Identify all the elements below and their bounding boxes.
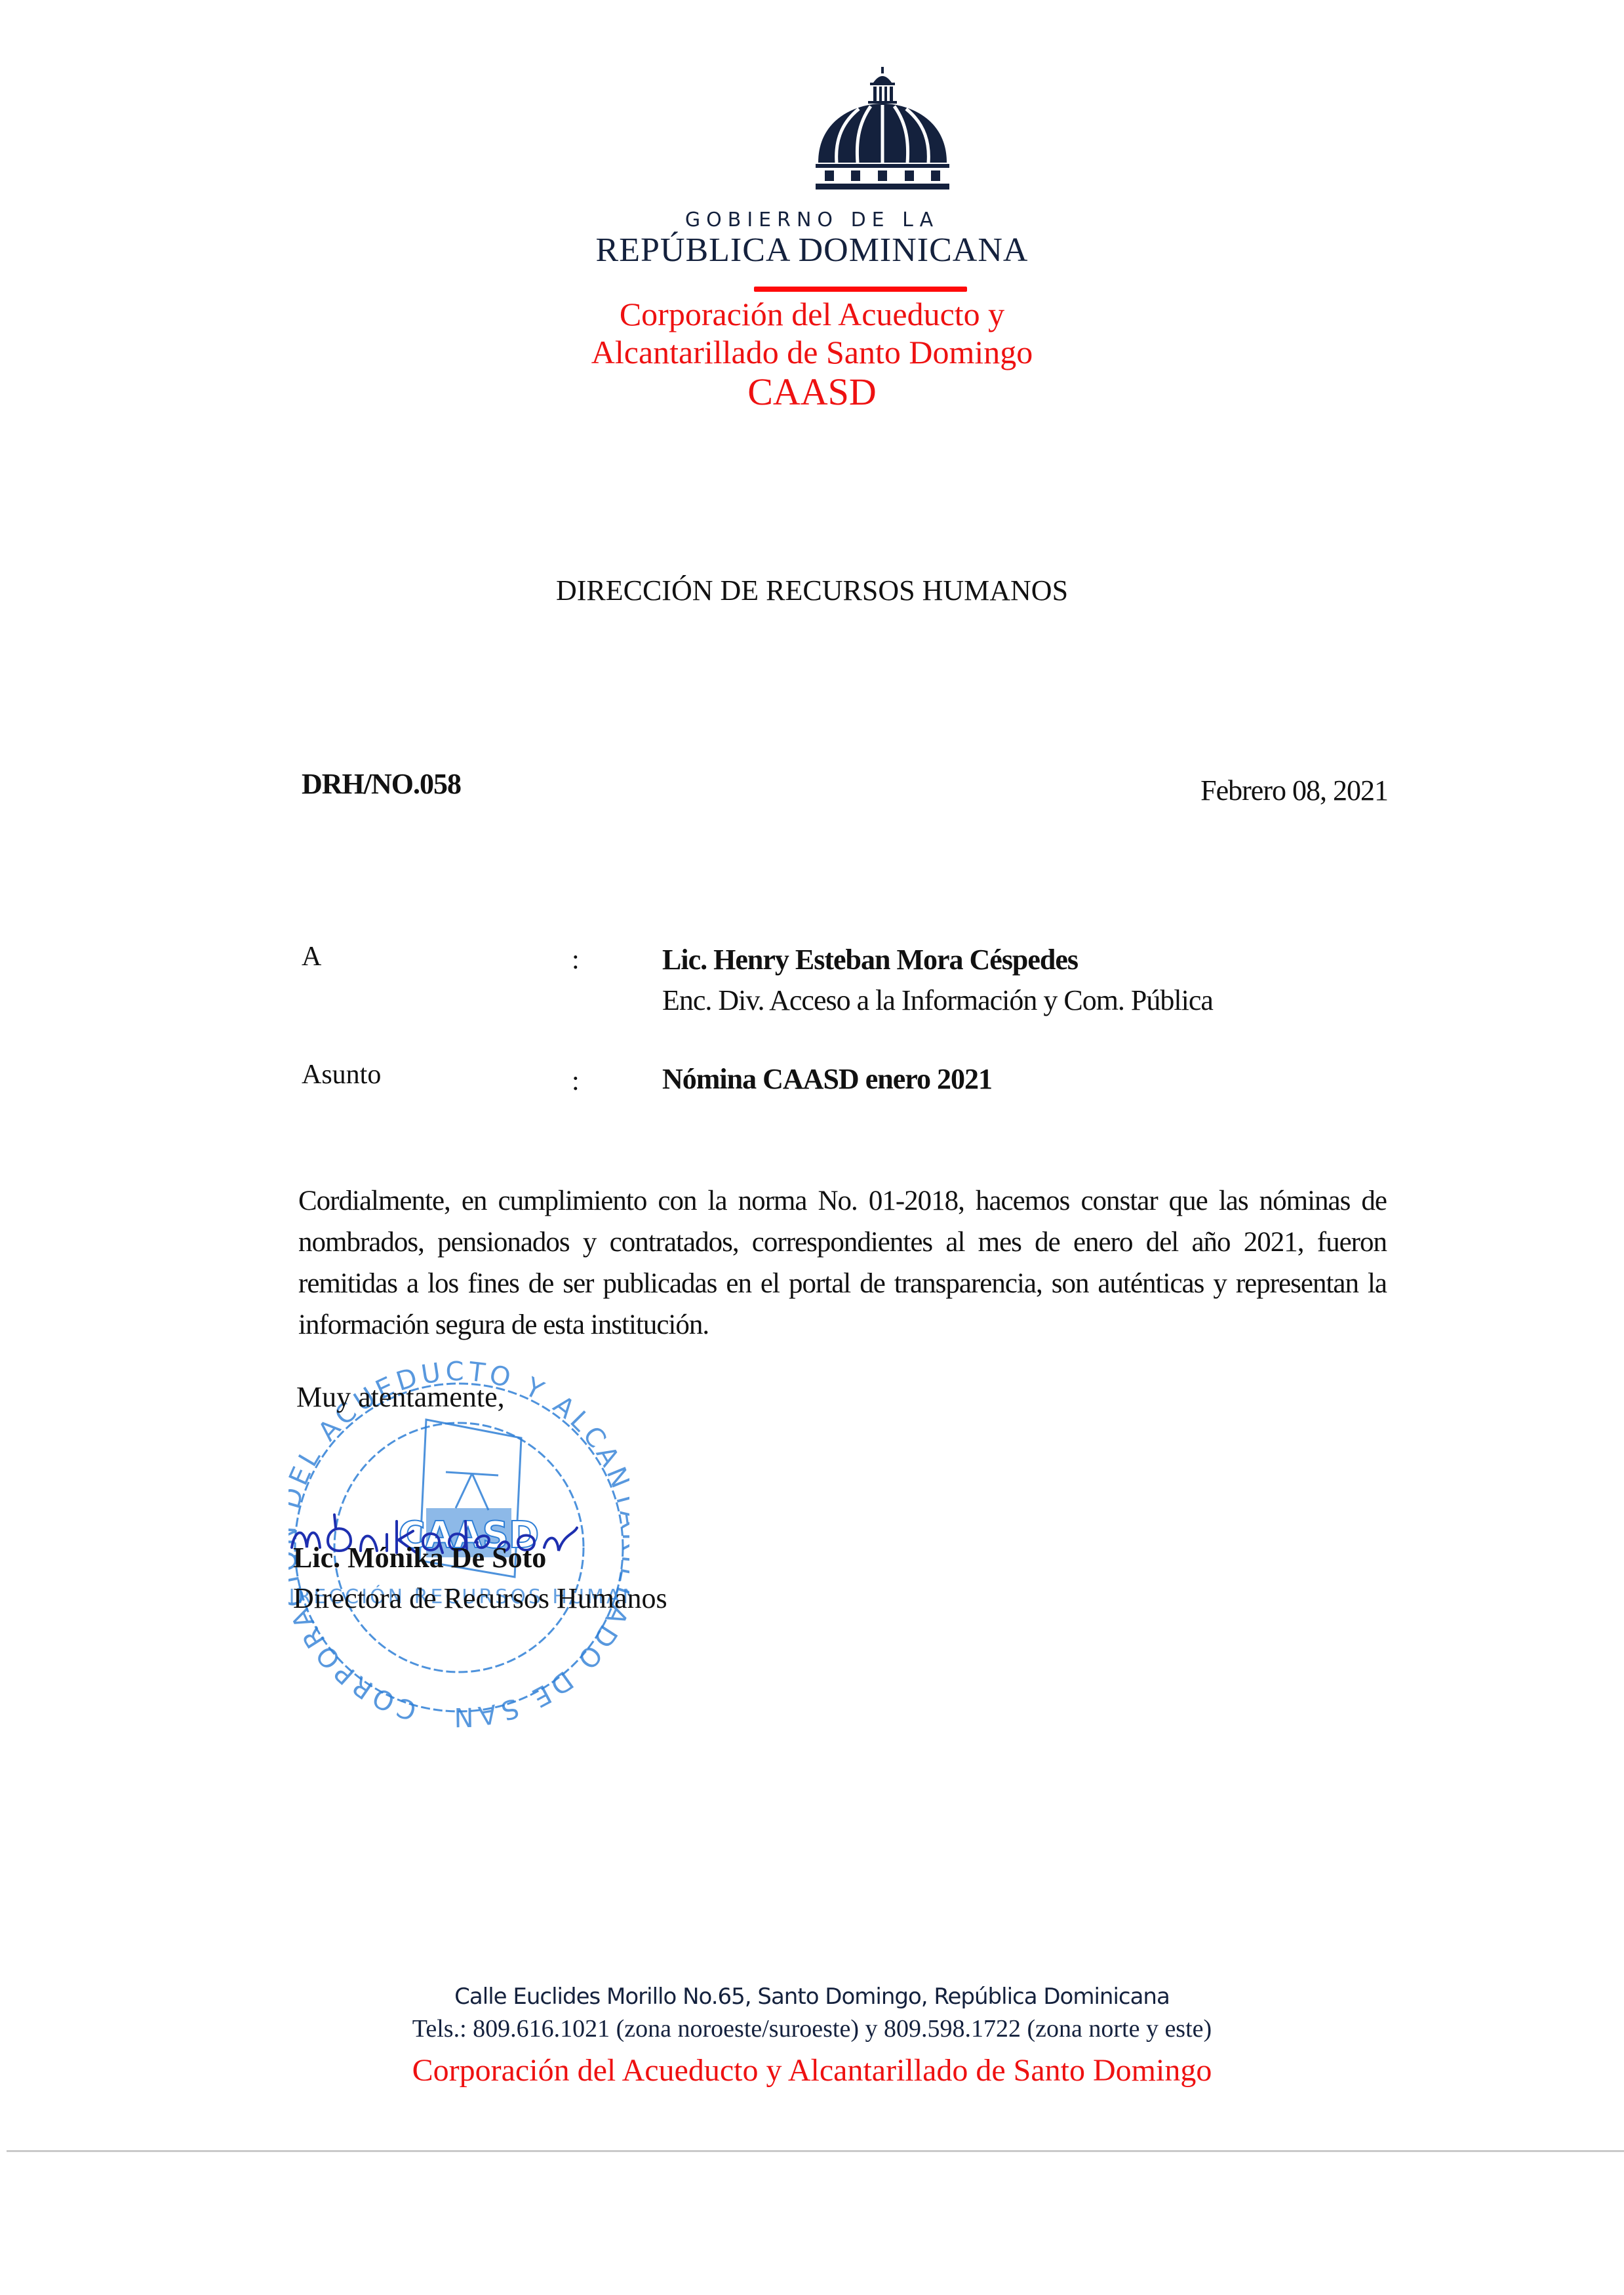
- reference-number: DRH/NO.058: [302, 767, 461, 801]
- letter-date: Febrero 08, 2021: [1200, 774, 1388, 807]
- header-divider: [754, 287, 967, 292]
- addressee-title: Enc. Div. Acceso a la Información y Com.…: [662, 984, 1213, 1017]
- addressee-colon: :: [572, 944, 580, 976]
- org-name-line2: Alcantarillado de Santo Domingo: [0, 333, 1624, 371]
- subject-value: Nómina CAASD enero 2021: [662, 1062, 992, 1096]
- addressee-name: Lic. Henry Esteban Mora Céspedes: [662, 943, 1078, 976]
- department-title: DIRECCIÓN DE RECURSOS HUMANOS: [0, 574, 1624, 607]
- footer-phones: Tels.: 809.616.1021 (zona noroeste/suroe…: [0, 2014, 1624, 2043]
- signer-name: Lic. Mónika De Soto: [293, 1541, 546, 1574]
- government-label: GOBIERNO DE LA: [0, 209, 1624, 231]
- org-name-line1: Corporación del Acueducto y: [0, 295, 1624, 333]
- signer-title: Directora de Recursos Humanos: [293, 1582, 667, 1615]
- closing-salutation: Muy atentamente,: [296, 1380, 505, 1414]
- subject-colon: :: [572, 1066, 580, 1097]
- footer-address: Calle Euclides Morillo No.65, Santo Domi…: [0, 1984, 1624, 2010]
- footer-org-name: Corporación del Acueducto y Alcantarilla…: [0, 2052, 1624, 2088]
- subject-label: Asunto: [302, 1059, 381, 1090]
- footer-divider: [7, 2150, 1624, 2152]
- addressee-label: A: [302, 941, 321, 972]
- org-acronym: CAASD: [0, 370, 1624, 414]
- country-name: REPÚBLICA DOMINICANA: [0, 231, 1624, 269]
- letter-body: Cordialmente, en cumplimiento con la nor…: [298, 1180, 1387, 1346]
- national-palace-dome-icon: [792, 66, 976, 197]
